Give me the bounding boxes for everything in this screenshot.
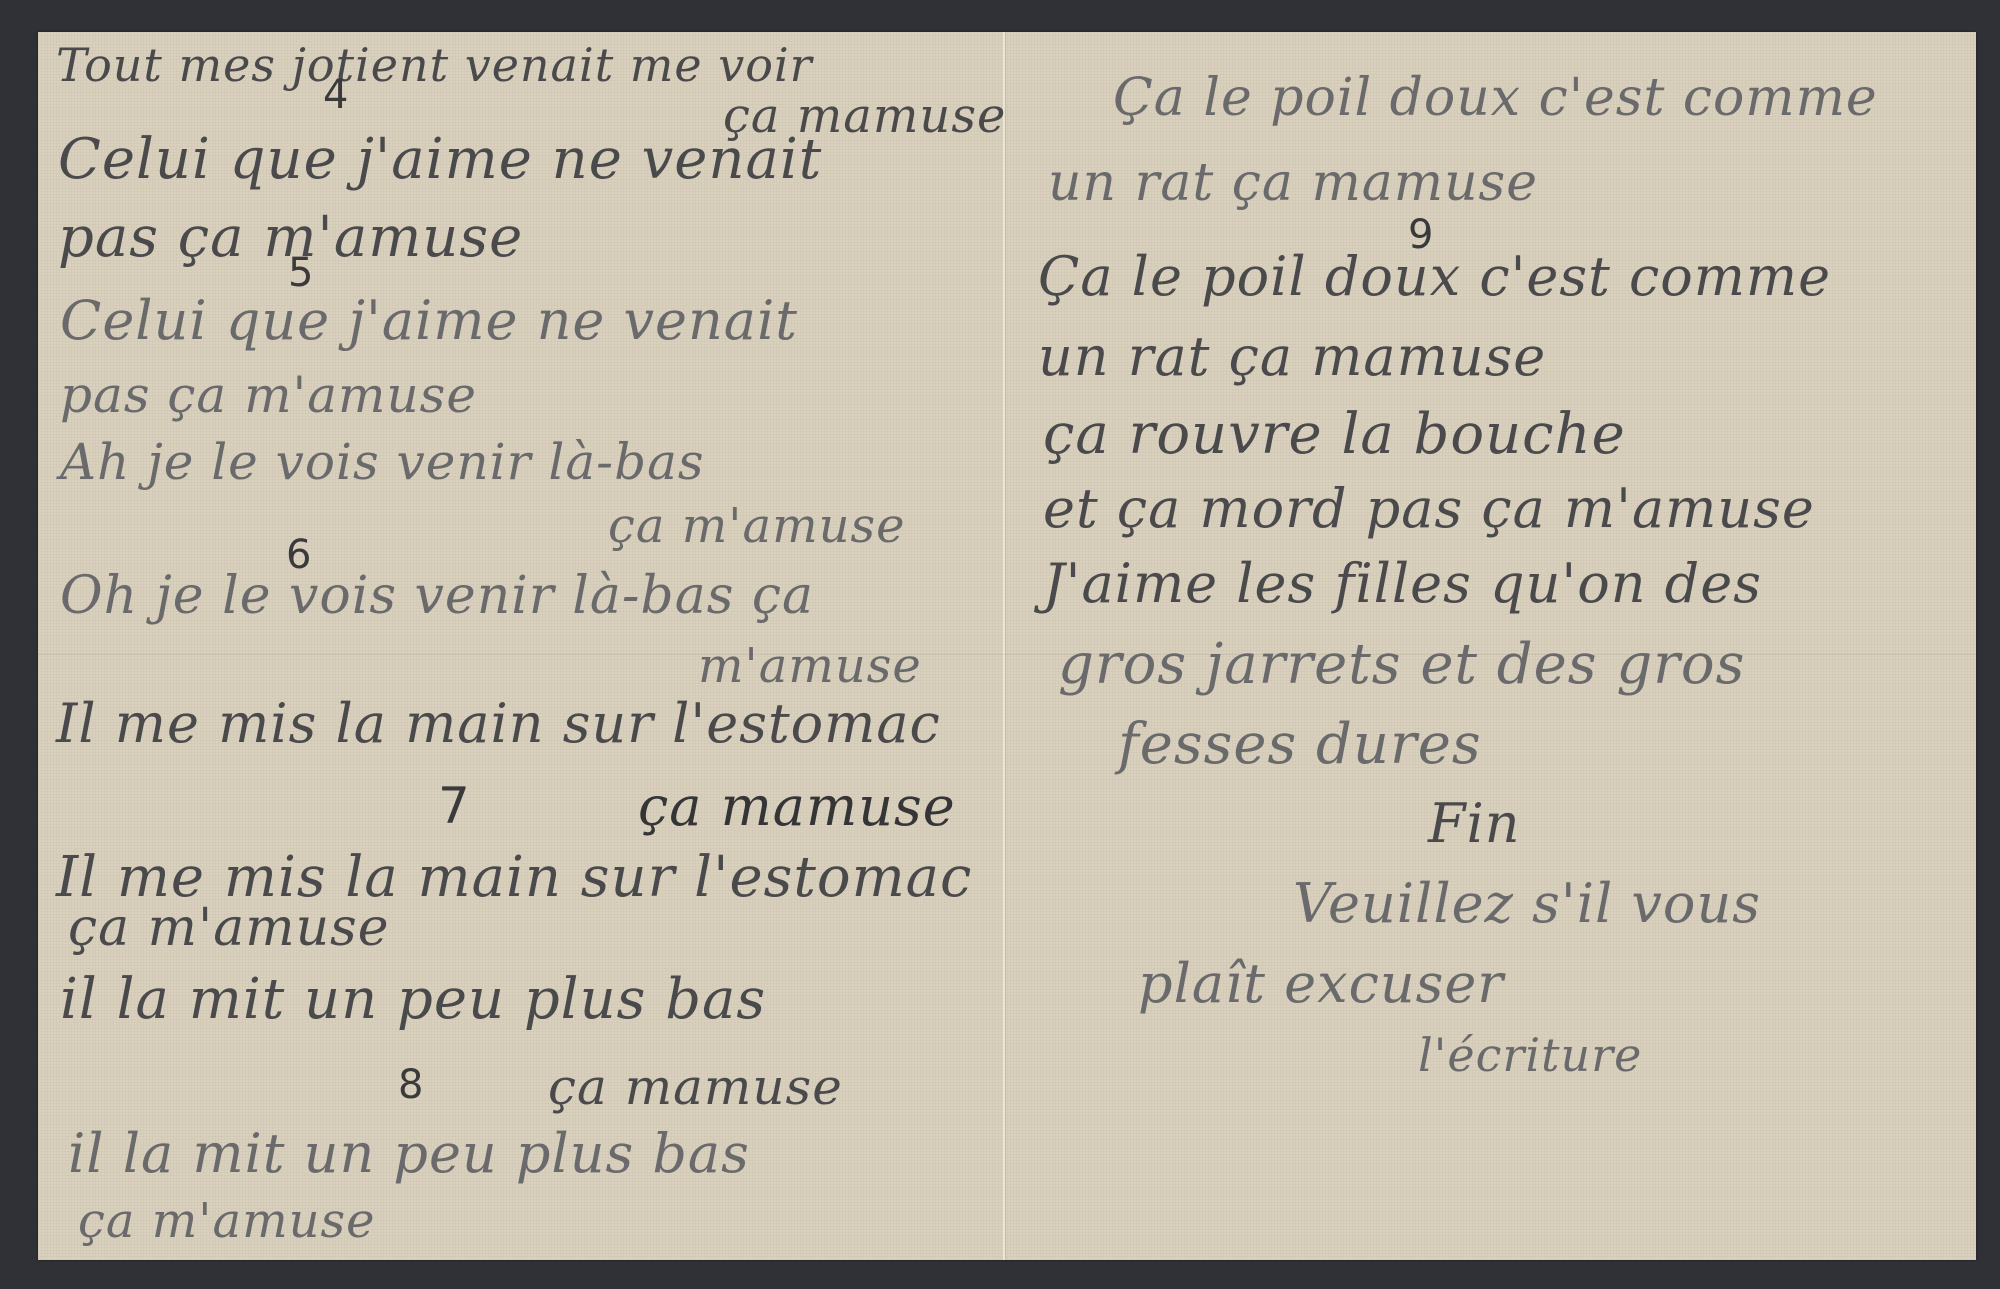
letter-sheet: Tout mes jotient venait me voir 4 ça mam… xyxy=(38,32,1976,1260)
lyric-line: Oh je le vois venir là-bas ça xyxy=(60,570,814,622)
center-fold-line xyxy=(1003,32,1005,1260)
lyric-line: gros jarrets et des gros xyxy=(1058,637,1745,693)
lyric-line: et ça mord pas ça m'amuse xyxy=(1043,482,1815,536)
lyric-line: ça mamuse xyxy=(548,1062,843,1112)
lyric-line: Ça le poil doux c'est comme xyxy=(1038,250,1831,304)
lyric-line: ça rouvre la bouche xyxy=(1043,407,1626,463)
lyric-line: Celui que j'aime ne venait xyxy=(58,132,822,188)
lyric-line: il la mit un peu plus bas xyxy=(68,1127,750,1181)
lyric-line: un rat ça mamuse xyxy=(1048,157,1538,209)
lyric-line: fesses dures xyxy=(1118,717,1482,773)
lyric-line: Il me mis la main sur l'estomac xyxy=(56,697,941,751)
verse-number: 8 xyxy=(398,1062,423,1108)
lyric-line: il la mit un peu plus bas xyxy=(60,972,766,1028)
verse-number: 4 xyxy=(323,72,348,118)
lyric-line: ça m'amuse xyxy=(68,902,390,954)
lyric-line: Tout mes jotient venait me voir xyxy=(56,42,813,88)
lyric-line: m'amuse xyxy=(698,642,922,690)
lyric-line: ça mamuse xyxy=(638,780,956,834)
lyric-line: Celui que j'aime ne venait xyxy=(60,294,798,348)
lyric-line: ça m'amuse xyxy=(78,1197,376,1245)
closing-fin: Fin xyxy=(1428,797,1521,851)
closing-apology: Veuillez s'il vous xyxy=(1293,877,1761,931)
lyric-line: J'aime les filles qu'on des xyxy=(1043,557,1762,611)
closing-apology: l'écriture xyxy=(1418,1032,1642,1078)
lyric-line: un rat ça mamuse xyxy=(1038,330,1546,384)
lyric-line: ça m'amuse xyxy=(608,502,906,550)
closing-apology: plaît excuser xyxy=(1138,957,1504,1011)
verse-number: 7 xyxy=(438,777,470,835)
lyric-line: Ça le poil doux c'est comme xyxy=(1113,72,1878,124)
lyric-line: Ah je le vois venir là-bas xyxy=(60,437,705,487)
lyric-line: pas ça m'amuse xyxy=(60,370,477,420)
